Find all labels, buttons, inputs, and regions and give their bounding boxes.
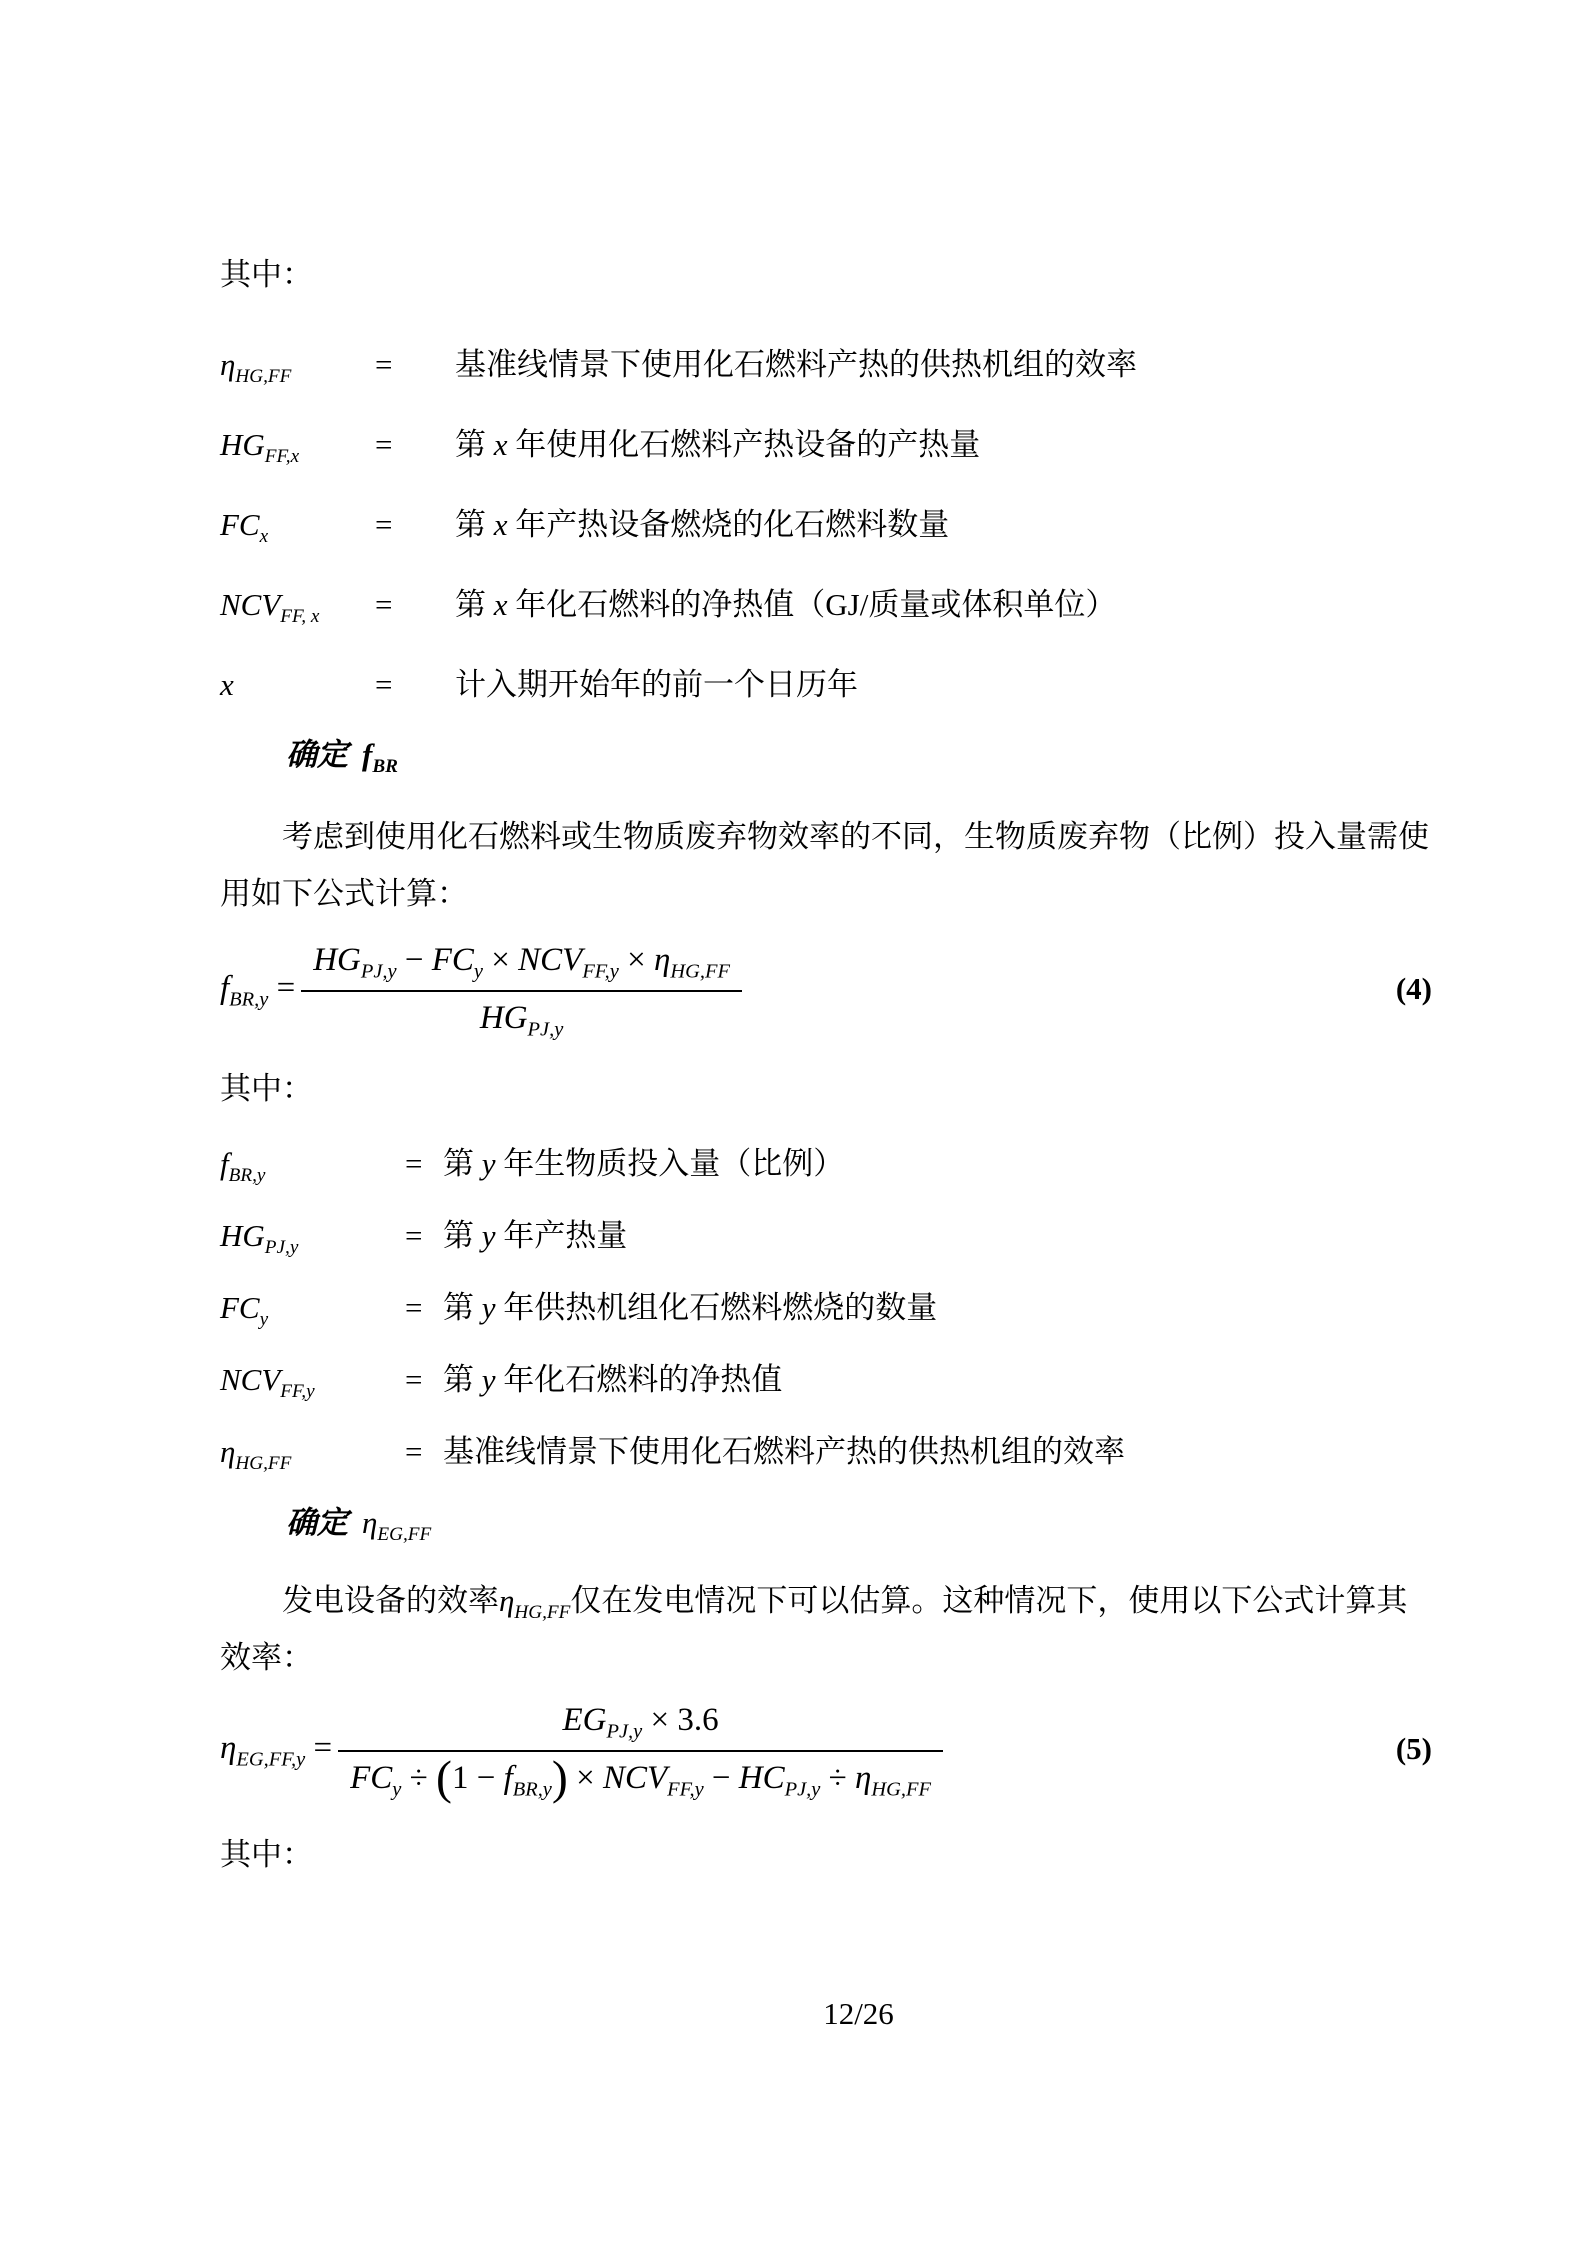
term-description: 第 y 年化石燃料的净热值	[443, 1358, 1432, 1402]
term-description: 第 x 年产热设备燃烧的化石燃料数量	[455, 502, 1432, 548]
where-label-3: 其中：	[220, 1832, 1432, 1878]
term-symbol: x	[220, 662, 375, 708]
equation-5: ηEG,FF,y = EGPJ,y × 3.6 FCy ÷ (1 − fBR,y…	[220, 1696, 1432, 1802]
paragraph-line: 考虑到使用化石燃料或生物质废弃物效率的不同，生物质废弃物（比例）投入量需使	[220, 808, 1432, 865]
equation-number: (5)	[1396, 1731, 1432, 1767]
paragraph-line: 效率：	[220, 1629, 1432, 1686]
term-symbol: ηHG,FF	[220, 1430, 405, 1474]
term-symbol: HGPJ,y	[220, 1214, 405, 1258]
definition-row: HGFF,x = 第 x 年使用化石燃料产热设备的产热量	[220, 422, 1432, 468]
definition-row: NCVFF, x = 第 x 年化石燃料的净热值（GJ/质量或体积单位）	[220, 582, 1432, 628]
where-label-1: 其中：	[220, 252, 1432, 298]
paragraph-fbr-intro: 考虑到使用化石燃料或生物质废弃物效率的不同，生物质废弃物（比例）投入量需使用如下…	[220, 808, 1432, 922]
term-symbol: fBR,y	[220, 1142, 405, 1186]
term-description: 第 x 年化石燃料的净热值（GJ/质量或体积单位）	[455, 582, 1432, 628]
heading-variable: fBR	[362, 737, 398, 772]
document-page: 其中： ηHG,FF = 基准线情景下使用化石燃料产热的供热机组的效率 HGFF…	[0, 0, 1587, 2245]
term-description: 第 y 年产热量	[443, 1214, 1432, 1258]
paragraph-line: 发电设备的效率ηHG,FF仅在发电情况下可以估算。这种情况下，使用以下公式计算其	[220, 1572, 1432, 1629]
definition-row: ηHG,FF = 基准线情景下使用化石燃料产热的供热机组的效率	[220, 342, 1432, 388]
paragraph-efficiency-intro: 发电设备的效率ηHG,FF仅在发电情况下可以估算。这种情况下，使用以下公式计算其…	[220, 1572, 1432, 1686]
definition-row: NCVFF,y = 第 y 年化石燃料的净热值	[220, 1358, 1432, 1402]
term-symbol: FCy	[220, 1286, 405, 1330]
term-description: 第 y 年生物质投入量（比例）	[443, 1142, 1432, 1186]
paragraph-line: 用如下公式计算：	[220, 865, 1432, 922]
equals-sign: =	[405, 1286, 443, 1330]
section-heading-determine-eta-eg-ff: 确定ηEG,FF	[220, 1498, 1432, 1548]
definition-list-2: fBR,y = 第 y 年生物质投入量（比例） HGPJ,y = 第 y 年产热…	[220, 1142, 1432, 1474]
heading-variable: ηEG,FF	[362, 1505, 431, 1540]
equation-number: (4)	[1396, 971, 1432, 1007]
page-number: 12/26	[0, 1996, 1587, 2032]
equation-lhs: fBR,y =	[220, 970, 295, 1008]
definition-row: fBR,y = 第 y 年生物质投入量（比例）	[220, 1142, 1432, 1186]
term-symbol: HGFF,x	[220, 422, 375, 468]
term-description: 基准线情景下使用化石燃料产热的供热机组的效率	[455, 342, 1432, 388]
heading-prefix: 确定	[286, 1505, 348, 1540]
equation-4: fBR,y = HGPJ,y − FCy × NCVFF,y × ηHG,FF …	[220, 936, 1432, 1042]
definition-row: ηHG,FF = 基准线情景下使用化石燃料产热的供热机组的效率	[220, 1430, 1432, 1474]
term-symbol: NCVFF, x	[220, 582, 375, 628]
definition-row: HGPJ,y = 第 y 年产热量	[220, 1214, 1432, 1258]
equals-sign: =	[405, 1358, 443, 1402]
term-description: 第 x 年使用化石燃料产热设备的产热量	[455, 422, 1432, 468]
equals-sign: =	[375, 502, 455, 548]
term-description: 计入期开始年的前一个日历年	[455, 662, 1432, 708]
equation-lhs: ηEG,FF,y =	[220, 1730, 332, 1768]
fraction-denominator: HGPJ,y	[301, 992, 742, 1042]
equals-sign: =	[405, 1214, 443, 1258]
fraction-numerator: EGPJ,y × 3.6	[338, 1696, 943, 1752]
equals-sign: =	[405, 1142, 443, 1186]
page-content: 其中： ηHG,FF = 基准线情景下使用化石燃料产热的供热机组的效率 HGFF…	[220, 252, 1432, 1878]
equals-sign: =	[375, 662, 455, 708]
term-description: 基准线情景下使用化石燃料产热的供热机组的效率	[443, 1430, 1432, 1474]
equals-sign: =	[375, 342, 455, 388]
definition-row: FCy = 第 y 年供热机组化石燃料燃烧的数量	[220, 1286, 1432, 1330]
fraction: EGPJ,y × 3.6 FCy ÷ (1 − fBR,y) × NCVFF,y…	[338, 1696, 943, 1802]
fraction: HGPJ,y − FCy × NCVFF,y × ηHG,FF HGPJ,y	[301, 936, 742, 1042]
term-description: 第 y 年供热机组化石燃料燃烧的数量	[443, 1286, 1432, 1330]
definition-row: FCx = 第 x 年产热设备燃烧的化石燃料数量	[220, 502, 1432, 548]
heading-prefix: 确定	[286, 737, 348, 772]
equals-sign: =	[375, 422, 455, 468]
definition-list-1: ηHG,FF = 基准线情景下使用化石燃料产热的供热机组的效率 HGFF,x =…	[220, 342, 1432, 708]
term-symbol: ηHG,FF	[220, 342, 375, 388]
equals-sign: =	[405, 1430, 443, 1474]
term-symbol: FCx	[220, 502, 375, 548]
fraction-numerator: HGPJ,y − FCy × NCVFF,y × ηHG,FF	[301, 936, 742, 992]
term-symbol: NCVFF,y	[220, 1358, 405, 1402]
equals-sign: =	[375, 582, 455, 628]
definition-row: x = 计入期开始年的前一个日历年	[220, 662, 1432, 708]
where-label-2: 其中：	[220, 1066, 1432, 1112]
fraction-denominator: FCy ÷ (1 − fBR,y) × NCVFF,y − HCPJ,y ÷ η…	[338, 1752, 943, 1802]
section-heading-determine-fbr: 确定fBR	[220, 730, 1432, 780]
